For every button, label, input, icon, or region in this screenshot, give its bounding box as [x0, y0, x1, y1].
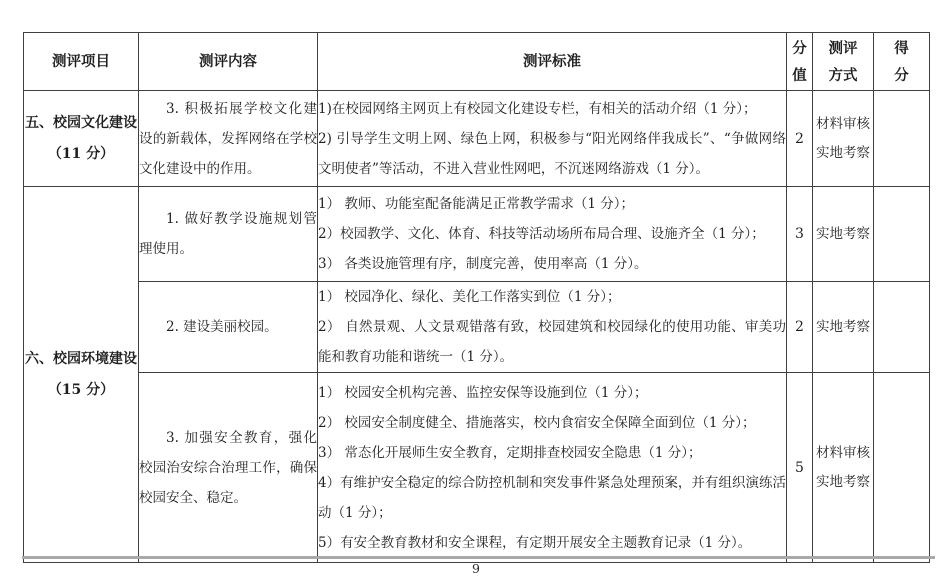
standard-item: 3） 各类设施管理有序，制度完善，使用率高（1 分）。 — [318, 249, 786, 279]
section-6-title: 六、校园环境建设 — [24, 344, 138, 375]
table-row: 六、校园环境建设 （15 分） 1. 做好教学设施规划管理使用。 1） 教师、功… — [24, 187, 930, 282]
gain-cell — [874, 187, 930, 282]
section-5-title: 五、校园文化建设 — [24, 108, 138, 139]
method-line: 实地考察 — [813, 139, 873, 168]
content-cell: 3. 加强安全教育，强化校园治安综合治理工作，确保校园安全、稳定。 — [139, 373, 318, 563]
header-method-line2: 方式 — [813, 62, 873, 89]
header-cell-method: 测评 方式 — [813, 33, 874, 91]
method-line: 材料审核 — [813, 110, 873, 139]
content-cell: 3. 积极拓展学校文化建设的新载体，发挥网络在学校文化建设中的作用。 — [139, 91, 318, 187]
score-cell: 2 — [787, 91, 813, 187]
table-row: 2. 建设美丽校园。 1） 校园净化、绿化、美化工作落实到位（1 分）； 2） … — [24, 282, 930, 373]
score-cell: 5 — [787, 373, 813, 563]
score-cell: 3 — [787, 187, 813, 282]
header-cell-standard: 测评标准 — [318, 33, 787, 91]
method-line: 实地考察 — [813, 313, 873, 342]
standards-cell: 1） 校园净化、绿化、美化工作落实到位（1 分）； 2） 自然景观、人文景观错落… — [318, 282, 787, 373]
standards-cell: 1） 校园安全机构完善、监控安保等设施到位（1 分）； 2） 校园安全制度健全、… — [318, 373, 787, 563]
method-cell: 实地考察 — [813, 282, 874, 373]
content-text: 3. 加强安全教育，强化校园治安综合治理工作，确保校园安全、稳定。 — [139, 423, 317, 513]
table-header-row: 测评项目 测评内容 测评标准 分 值 测评 方式 得 分 — [24, 33, 930, 91]
header-cell-score: 分 值 — [787, 33, 813, 91]
method-cell: 材料审核 实地考察 — [813, 91, 874, 187]
section-5-project-cell: 五、校园文化建设 （11 分） — [24, 91, 139, 187]
score-cell: 2 — [787, 282, 813, 373]
header-cell-gain: 得 分 — [874, 33, 930, 91]
standard-item: 3） 常态化开展师生安全教育，定期排查校园安全隐患（1 分）； — [318, 438, 786, 468]
content-text: 1. 做好教学设施规划管理使用。 — [139, 204, 317, 264]
table-row: 3. 加强安全教育，强化校园治安综合治理工作，确保校园安全、稳定。 1） 校园安… — [24, 373, 930, 563]
standard-item: 2） 校园安全制度健全、措施落实，校内食宿安全保障全面到位（1 分）； — [318, 408, 786, 438]
content-cell: 1. 做好教学设施规划管理使用。 — [139, 187, 318, 282]
header-cell-project: 测评项目 — [24, 33, 139, 91]
evaluation-table: 测评项目 测评内容 测评标准 分 值 测评 方式 得 分 — [23, 32, 930, 563]
content-text: 2. 建设美丽校园。 — [139, 312, 317, 342]
method-line: 实地考察 — [813, 220, 873, 249]
method-line: 材料审核 — [813, 439, 873, 468]
document-page: 测评项目 测评内容 测评标准 分 值 测评 方式 得 分 — [0, 0, 950, 584]
standards-cell: 1)在校园网络主网页上有校园文化建设专栏，有相关的活动介绍（1 分）； 2) 引… — [318, 91, 787, 187]
standard-item: 1)在校园网络主网页上有校园文化建设专栏，有相关的活动介绍（1 分）； — [318, 94, 786, 124]
gain-cell — [874, 91, 930, 187]
standard-item: 2）校园教学、文化、体育、科技等活动场所布局合理、设施齐全（1 分）； — [318, 219, 786, 249]
header-gain-line1: 得 — [874, 35, 929, 62]
header-method-line1: 测评 — [813, 35, 873, 62]
section-6-score-label: （15 分） — [24, 375, 138, 406]
section-5-score-label: （11 分） — [24, 139, 138, 170]
header-score-line2: 值 — [787, 62, 812, 89]
standard-item: 5）有安全教育教材和安全课程，有定期开展安全主题教育记录（1 分）。 — [318, 528, 786, 558]
standard-item: 1） 校园安全机构完善、监控安保等设施到位（1 分）； — [318, 378, 786, 408]
content-text: 3. 积极拓展学校文化建设的新载体，发挥网络在学校文化建设中的作用。 — [139, 94, 317, 184]
standard-item: 1） 教师、功能室配备能满足正常教学需求（1 分）； — [318, 189, 786, 219]
standard-item: 1） 校园净化、绿化、美化工作落实到位（1 分）； — [318, 282, 786, 312]
method-cell: 实地考察 — [813, 187, 874, 282]
gain-cell — [874, 373, 930, 563]
content-cell: 2. 建设美丽校园。 — [139, 282, 318, 373]
header-cell-content: 测评内容 — [139, 33, 318, 91]
method-line: 实地考察 — [813, 468, 873, 497]
table-row: 五、校园文化建设 （11 分） 3. 积极拓展学校文化建设的新载体，发挥网络在学… — [24, 91, 930, 187]
section-6-project-cell: 六、校园环境建设 （15 分） — [24, 187, 139, 563]
standard-item: 2) 引导学生文明上网、绿色上网，积极参与“阳光网络伴我成长”、“争做网络文明使… — [318, 124, 786, 184]
method-cell: 材料审核 实地考察 — [813, 373, 874, 563]
header-gain-line2: 分 — [874, 62, 929, 89]
standard-item: 2） 自然景观、人文景观错落有致，校园建筑和校园绿化的使用功能、审美功能和教育功… — [318, 312, 786, 372]
header-score-line1: 分 — [787, 35, 812, 62]
page-bottom-edge-line — [22, 556, 935, 559]
standard-item: 4）有维护安全稳定的综合防控机制和突发事件紧急处理预案，并有组织演练活动（1 分… — [318, 468, 786, 528]
standards-cell: 1） 教师、功能室配备能满足正常教学需求（1 分）； 2）校园教学、文化、体育、… — [318, 187, 787, 282]
gain-cell — [874, 282, 930, 373]
page-number: 9 — [23, 561, 929, 576]
